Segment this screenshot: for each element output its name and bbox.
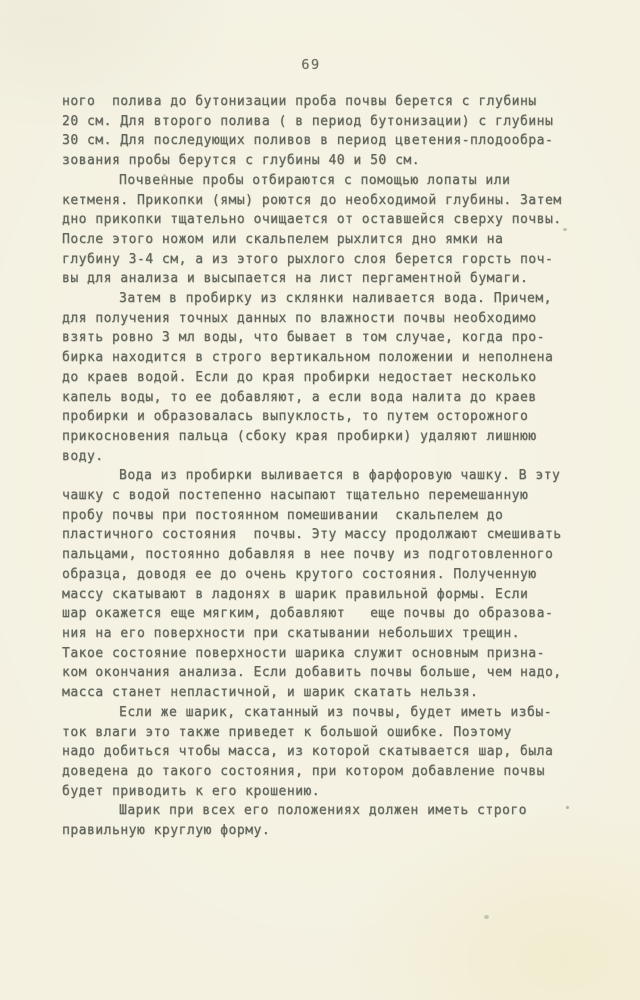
text-line: Почвенные пробы отбираются с помощью лоп… (62, 171, 578, 191)
text-line: ток влаги это также приведет к большой о… (62, 723, 578, 743)
text-line: для получения точных данных по влажности… (62, 309, 578, 329)
paragraph-3: Затем в пробирку из склянки наливается в… (62, 289, 578, 466)
page-text: ного полива до бутонизации проба почвы б… (62, 92, 578, 841)
text-line: капель воды, то ее добавляют, а если вод… (62, 388, 578, 408)
paragraph-1: ного полива до бутонизации проба почвы б… (62, 92, 578, 171)
text-line: Затем в пробирку из склянки наливается в… (62, 289, 578, 309)
text-line: массу скатывают в ладонях в шарик правил… (62, 585, 578, 605)
text-line: вы для анализа и высыпается на лист перг… (62, 269, 578, 289)
text-line: пластичного состояния почвы. Эту массу п… (62, 525, 578, 545)
text-line: образца, доводя ее до очень крутого сост… (62, 565, 578, 585)
text-line: чашку с водой постепенно насыпают тщател… (62, 486, 578, 506)
paragraph-6: Шарик при всех его положениях должен име… (62, 801, 578, 840)
scan-speck (163, 174, 166, 177)
text-line: бирка находится в строго вертикальном по… (62, 348, 578, 368)
text-line: прикосновения пальца (сбоку края пробирк… (62, 427, 578, 447)
text-line: надо добиться чтобы масса, из которой ск… (62, 742, 578, 762)
paragraph-5: Если же шарик, скатанный из почвы, будет… (62, 703, 578, 802)
text-line: пальцами, постоянно добавляя в нее почву… (62, 545, 578, 565)
text-line: ком окончания анализа. Если добавить поч… (62, 663, 578, 683)
text-line: Если же шарик, скатанный из почвы, будет… (62, 703, 578, 723)
text-line: глубину 3-4 см, а из этого рыхлого слоя … (62, 250, 578, 270)
text-line: пробу почвы при постоянном помешивании с… (62, 506, 578, 526)
text-line: 30 см. Для последующих поливов в период … (62, 131, 578, 151)
text-line: дно прикопки тщательно очищается от оста… (62, 210, 578, 230)
text-line: воду. (62, 447, 578, 467)
paragraph-2: Почвенные пробы отбираются с помощью лоп… (62, 171, 578, 289)
text-line: После этого ножом или скальпелем рыхлитс… (62, 230, 578, 250)
text-line: взять ровно 3 мл воды, что бывает в том … (62, 328, 578, 348)
text-line: до краев водой. Если до края пробирки не… (62, 368, 578, 388)
text-line: масса станет непластичной, и шарик ската… (62, 683, 578, 703)
text-line: пробирки и образовалась выпуклость, то п… (62, 407, 578, 427)
page-number: 69 (0, 57, 622, 73)
text-line: Такое состояние поверхности шарика служи… (62, 644, 578, 664)
text-line: Вода из пробирки выливается в фарфоровую… (62, 466, 578, 486)
text-line: правильную круглую форму. (62, 821, 578, 841)
text-line: зования пробы берутся с глубины 40 и 50 … (62, 151, 578, 171)
text-line: кетменя. Прикопки (ямы) роются до необхо… (62, 191, 578, 211)
text-line: доведена до такого состояния, при которо… (62, 762, 578, 782)
text-line: шар окажется еще мягким, добавляют еще п… (62, 604, 578, 624)
text-line: ного полива до бутонизации проба почвы б… (62, 92, 578, 112)
text-line: будет приводить к его крошению. (62, 782, 578, 802)
scan-speck (566, 806, 569, 809)
paragraph-4: Вода из пробирки выливается в фарфоровую… (62, 466, 578, 702)
scanned-document-page: 69 ного полива до бутонизации проба почв… (0, 0, 640, 1000)
scan-speck (484, 915, 489, 919)
text-line: ния на его поверхности при скатывании не… (62, 624, 578, 644)
text-line: Шарик при всех его положениях должен име… (62, 801, 578, 821)
scan-speck (563, 228, 567, 231)
text-line: 20 см. Для второго полива ( в период бут… (62, 112, 578, 132)
